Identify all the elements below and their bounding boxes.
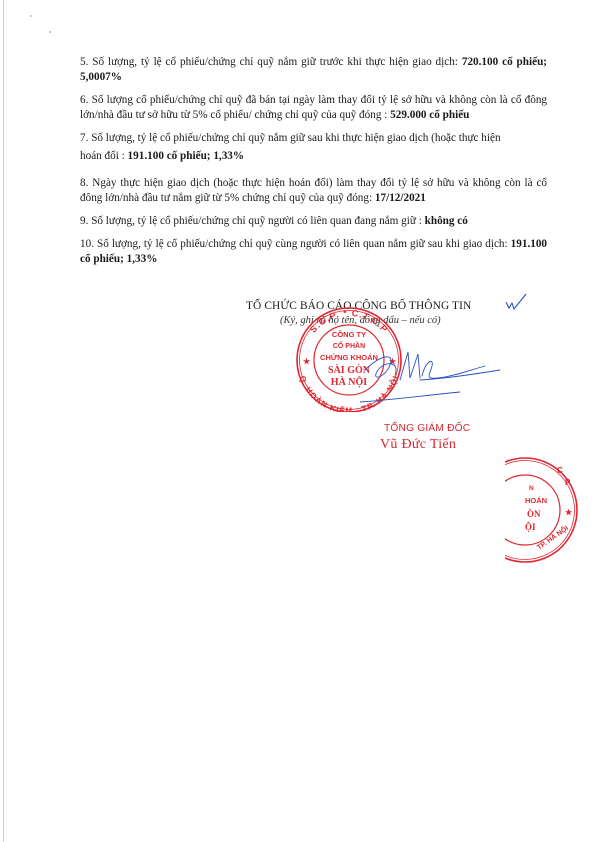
svg-text:CÔNG TY: CÔNG TY xyxy=(332,330,366,339)
document-body: 5. Số lượng, tỷ lệ cổ phiếu/chứng chỉ qu… xyxy=(80,55,547,275)
item-number: 10. xyxy=(80,238,94,250)
item-text: Số lượng, tỷ lệ cổ phiếu/chứng chỉ quỹ c… xyxy=(97,238,508,250)
svg-text:ỘI: ỘI xyxy=(525,522,536,532)
item-number: 9. xyxy=(80,215,88,227)
item-value: 191.100 cổ phiếu; 1,33% xyxy=(128,150,245,162)
item-6: 6. Số lượng cổ phiếu/chứng chỉ quỹ đã bá… xyxy=(80,93,547,123)
svg-text:C: C xyxy=(557,466,563,475)
item-text: Số lượng, tỷ lệ cổ phiếu/chứng chỉ quỹ n… xyxy=(91,215,422,227)
svg-text:P: P xyxy=(565,478,571,487)
item-8: 8. Ngày thực hiện giao dịch (hoặc thực h… xyxy=(80,176,547,206)
partial-stamp-edge: C P ★ N HOÁN ÒN ỘI TP. HÀ NỘI xyxy=(505,455,585,565)
item-9: 9. Số lượng, tỷ lệ cổ phiếu/chứng chỉ qu… xyxy=(80,214,547,229)
item-5: 5. Số lượng, tỷ lệ cổ phiếu/chứng chỉ qu… xyxy=(80,55,547,85)
svg-text:HOÁN: HOÁN xyxy=(525,496,547,505)
scan-speck xyxy=(49,31,51,33)
item-number: 6. xyxy=(80,94,88,106)
position-title: TỔNG GIÁM ĐỐC xyxy=(384,423,470,434)
item-value: không có xyxy=(425,215,468,227)
item-text: Ngày thực hiện giao dịch (hoặc thực hiện… xyxy=(80,177,547,204)
svg-text:TP. HÀ NỘI: TP. HÀ NỘI xyxy=(535,523,570,551)
svg-text:ÒN: ÒN xyxy=(527,509,541,519)
item-number: 7. xyxy=(80,132,88,144)
scan-speck xyxy=(30,15,32,17)
item-10: 10. Số lượng, tỷ lệ cổ phiếu/chứng chỉ q… xyxy=(80,237,547,267)
signer-name: Vũ Đức Tiến xyxy=(380,437,456,453)
svg-text:★: ★ xyxy=(565,508,573,517)
svg-text:N: N xyxy=(529,485,534,492)
svg-text:★: ★ xyxy=(303,357,311,366)
item-value: 17/12/2021 xyxy=(375,192,426,204)
item-text-cont: hoán đổi : xyxy=(80,150,125,162)
item-text: Số lượng, tỷ lệ cổ phiếu/chứng chỉ quỹ n… xyxy=(92,56,458,68)
page-edge-line xyxy=(3,0,4,842)
item-7: 7. Số lượng, tỷ lệ cổ phiếu/chứng chỉ qu… xyxy=(80,131,547,164)
item-text: Số lượng cổ phiếu/chứng chỉ quỹ đã bán t… xyxy=(80,94,547,121)
checkmark-icon xyxy=(505,293,527,313)
item-number: 8. xyxy=(80,177,88,189)
handwritten-signature xyxy=(360,340,510,410)
item-text: Số lượng, tỷ lệ cổ phiếu/chứng chỉ quỹ n… xyxy=(91,132,500,144)
item-value: 529.000 cổ phiếu xyxy=(390,109,469,121)
item-number: 5. xyxy=(80,56,88,68)
